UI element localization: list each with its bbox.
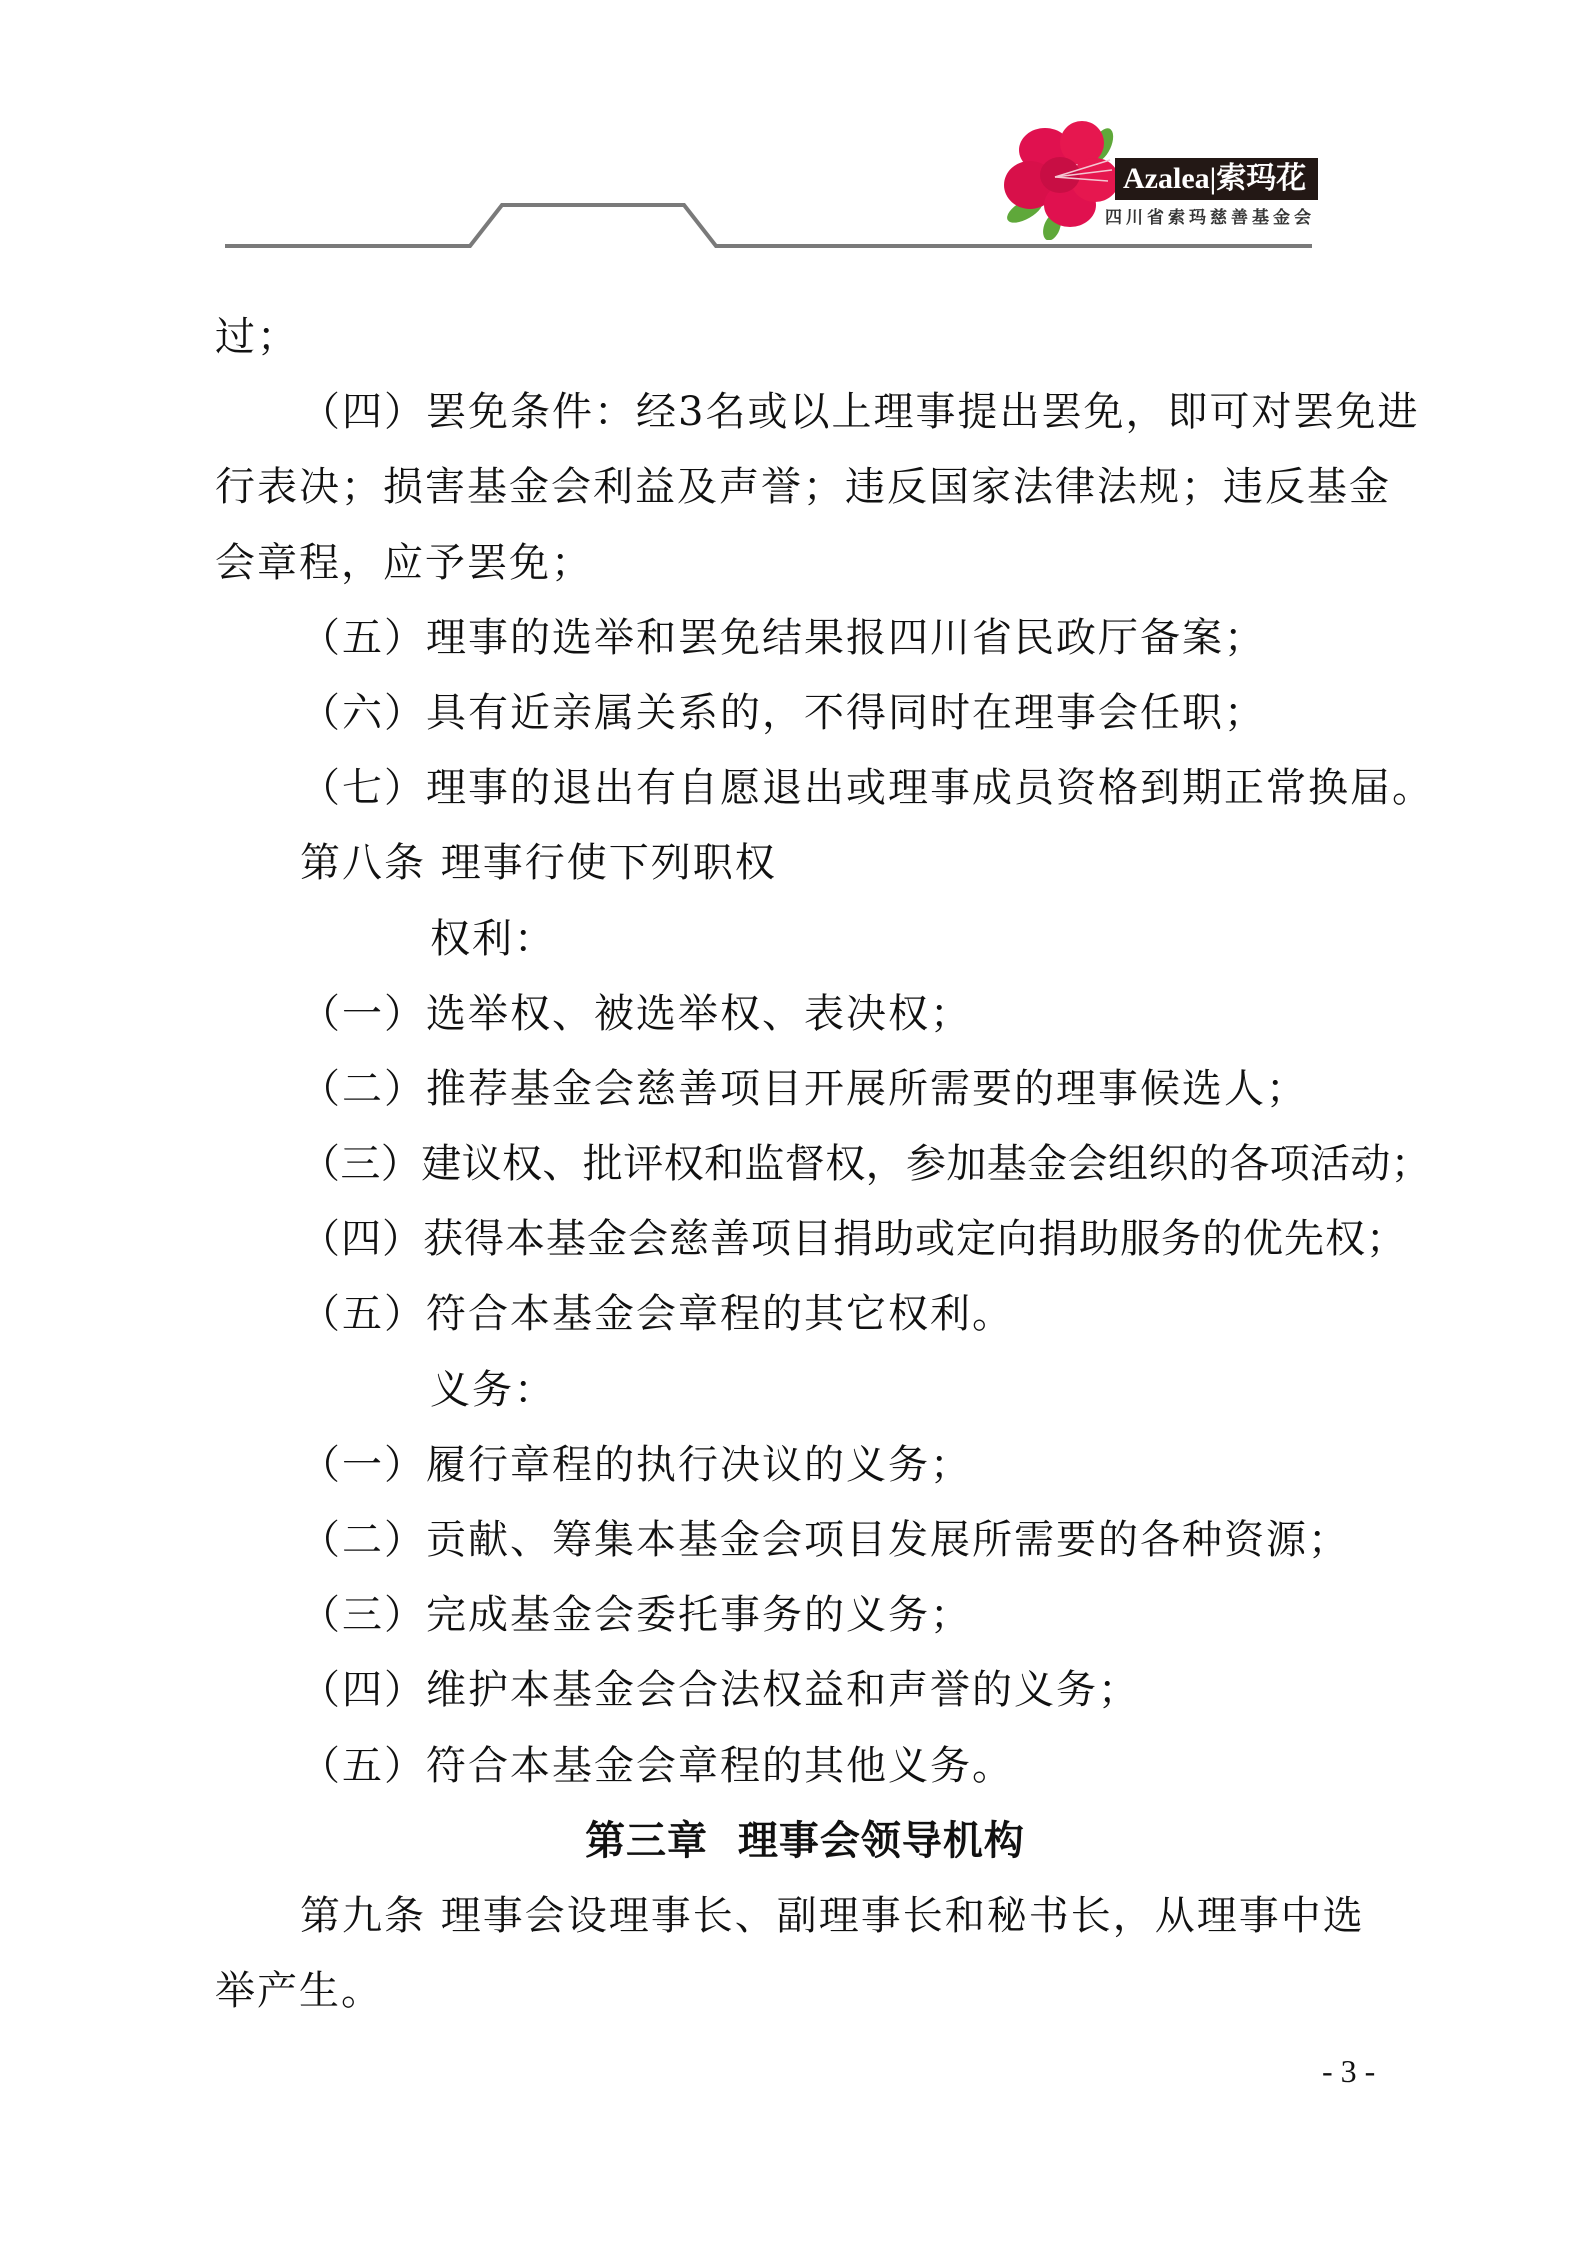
paragraph-line: （六）具有近亲属关系的，不得同时在理事会任职； <box>215 676 1395 751</box>
duties-item: （一）履行章程的执行决议的义务； <box>215 1428 1395 1503</box>
logo-organization-name: 四川省索玛慈善基金会 <box>1090 203 1315 228</box>
rights-item: （四）获得本基金会慈善项目捐助或定向捐助服务的优先权； <box>215 1202 1395 1277</box>
article-9-line: 第九条 理事会设理事长、副理事长和秘书长，从理事中选 <box>215 1879 1395 1954</box>
duties-item: （三）完成基金会委托事务的义务； <box>215 1578 1395 1653</box>
rights-item: （三）建议权、批评权和监督权，参加基金会组织的各项活动； <box>215 1127 1395 1202</box>
paragraph-line: 行表决；损害基金会利益及声誉；违反国家法律法规；违反基金 <box>215 450 1395 525</box>
foundation-logo: Azalea|索玛花 四川省索玛慈善基金会 <box>1000 115 1320 240</box>
paragraph-line: 过； <box>215 300 1395 375</box>
paragraph-line: 会章程，应予罢免； <box>215 526 1395 601</box>
article-text: 理事会设理事长、副理事长和秘书长，从理事中选 <box>441 1893 1365 1939</box>
duties-item: （四）维护本基金会合法权益和声誉的义务； <box>215 1653 1395 1728</box>
rights-item: （五）符合本基金会章程的其它权利。 <box>215 1277 1395 1352</box>
header-decorative-line <box>0 0 1587 260</box>
paragraph-line: 举产生。 <box>215 1954 1395 2029</box>
rights-item: （一）选举权、被选举权、表决权； <box>215 977 1395 1052</box>
paragraph-line: （七）理事的退出有自愿退出或理事成员资格到期正常换届。 <box>215 751 1395 826</box>
logo-title-band: Azalea|索玛花 <box>1115 158 1318 200</box>
duties-item: （二）贡献、筹集本基金会项目发展所需要的各种资源； <box>215 1503 1395 1578</box>
logo-english-name: Azalea <box>1123 162 1210 195</box>
duties-item: （五）符合本基金会章程的其他义务。 <box>215 1729 1395 1804</box>
rights-label: 权利： <box>215 902 1395 977</box>
logo-chinese-name: 索玛花 <box>1216 162 1306 195</box>
article-8-heading: 第八条 理事行使下列职权 <box>215 826 1395 901</box>
page-number: - 3 - <box>1322 2053 1375 2090</box>
document-body: 过； （四）罢免条件：经3名或以上理事提出罢免，即可对罢免进 行表决；损害基金会… <box>215 300 1395 2029</box>
rights-item: （二）推荐基金会慈善项目开展所需要的理事候选人； <box>215 1052 1395 1127</box>
article-title: 理事行使下列职权 <box>441 840 777 886</box>
paragraph-line: （五）理事的选举和罢免结果报四川省民政厅备案； <box>215 601 1395 676</box>
article-number: 第八条 <box>300 840 426 886</box>
article-number: 第九条 <box>300 1893 426 1939</box>
chapter-heading: 第三章 理事会领导机构 <box>215 1804 1395 1879</box>
paragraph-line: （四）罢免条件：经3名或以上理事提出罢免，即可对罢免进 <box>215 375 1395 450</box>
duties-label: 义务： <box>215 1353 1395 1428</box>
